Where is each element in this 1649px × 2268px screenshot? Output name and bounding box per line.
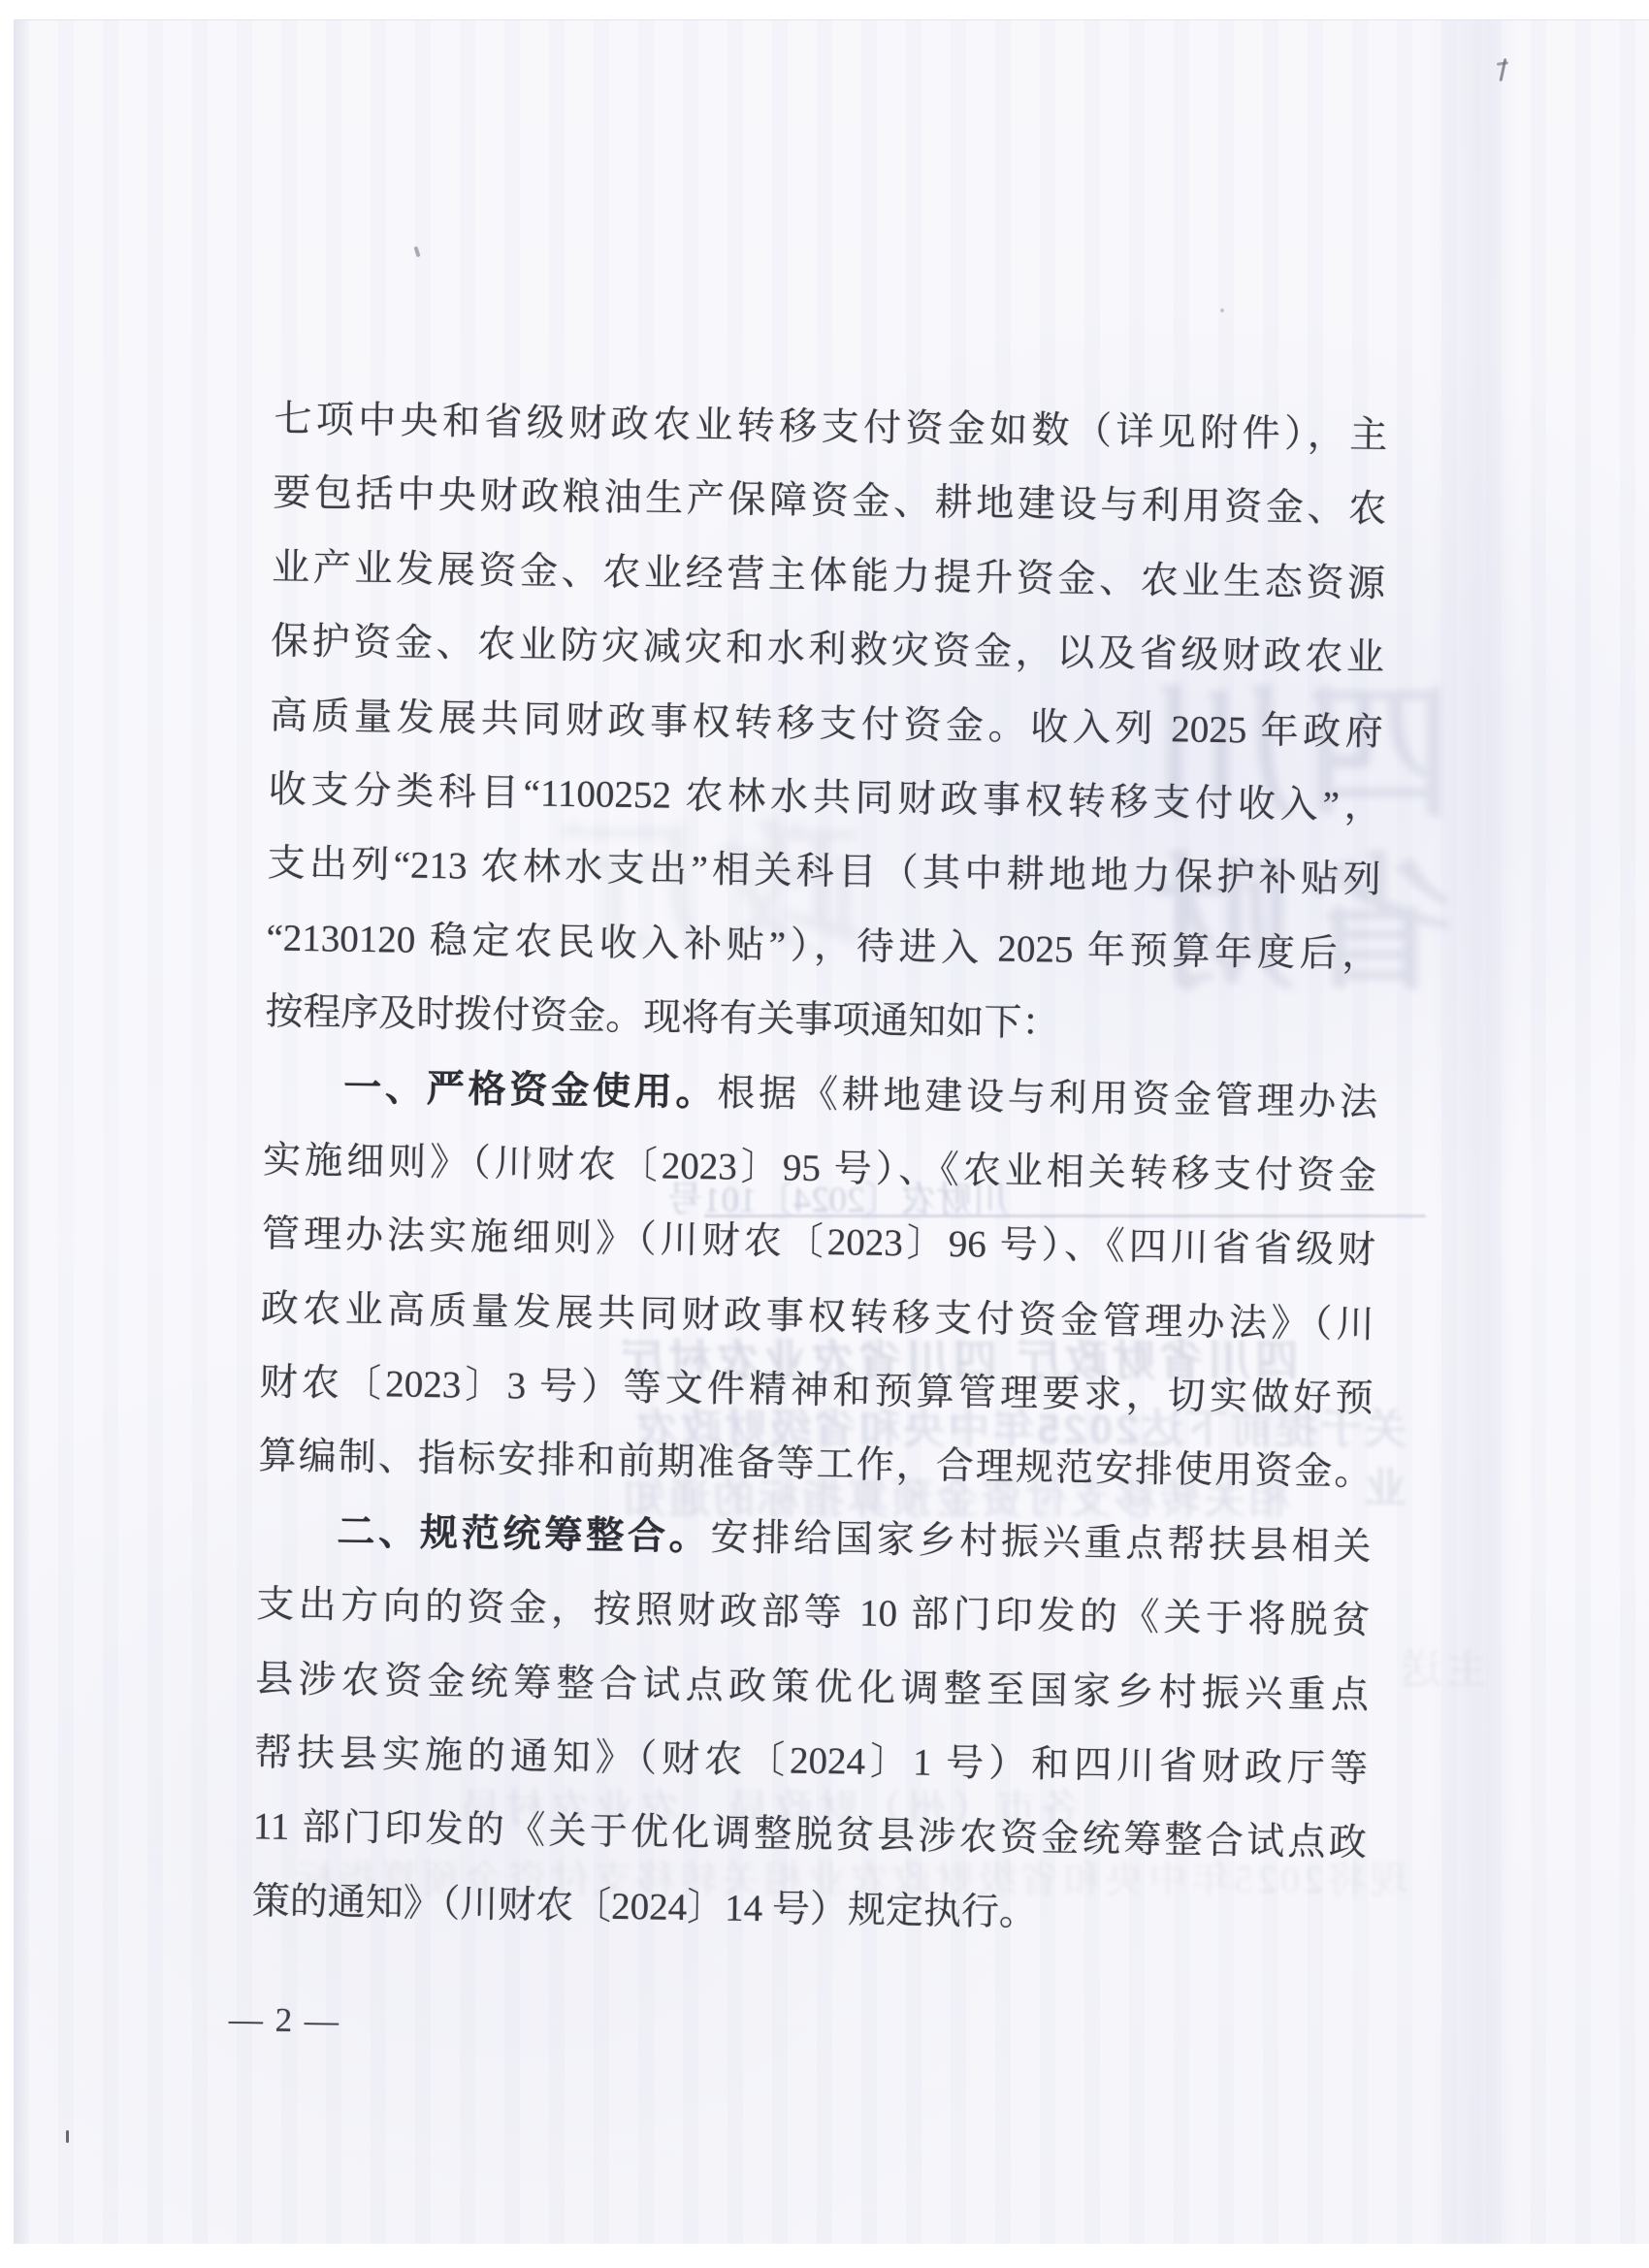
line-text: 管理办法实施细则》（川财农〔2023〕96 号）、《四川省省级财 — [262, 1214, 1376, 1272]
scan-speck — [66, 2130, 69, 2143]
line-text: 11 部门印发的《关于优化调整脱贫县涉农资金统筹整合试点政 — [253, 1806, 1368, 1864]
line-bold-lead: 一、严格资金使用。 — [343, 1066, 718, 1114]
line-text: 七项中央和省级财政农业转移支付资金如数（详见附件），主 — [274, 399, 1388, 457]
line-text: 算编制、指标安排和前期准备等工作，合理规范安排使用资金。 — [258, 1436, 1373, 1494]
line-text: 要包括中央财政粮油生产保障资金、耕地建设与利用资金、农 — [273, 472, 1387, 531]
scanned-document-page: 四川 省财 政厅 川财农〔2024〕101号 四川省财政厅 四川省农业农村厅 关… — [0, 0, 1649, 2268]
line-text: 支出方向的资金，按照财政部等 10 部门印发的《关于将脱贫 — [256, 1584, 1371, 1642]
line-text: 根据《耕地建设与利用资金管理办法 — [717, 1072, 1377, 1123]
line-text: 按程序及时拨付资金。现将有关事项通知如下： — [265, 991, 1060, 1045]
line-bold-lead: 二、规范统筹整合。 — [337, 1511, 711, 1559]
line-text: “2130120 稳定农民收入补贴”），待进入 2025 年预算年度后， — [266, 917, 1380, 975]
document-text-column: 七项中央和省级财政农业转移支付资金如数（详见附件），主 要包括中央财政粮油生产保… — [251, 383, 1388, 1956]
line-text: 财农〔2023〕3 号）等文件精神和预算管理要求，切实做好预 — [259, 1362, 1374, 1420]
line-text: 收支分类科目“1100252 农林水共同财政事权转移支付收入”， — [268, 768, 1382, 826]
line-text: 帮扶县实施的通知》（财农〔2024〕1 号）和四川省财政厅等 — [254, 1732, 1369, 1790]
line-text: 安排给国家乡村振兴重点帮扶县相关 — [710, 1516, 1371, 1568]
line-text: 实施细则》（川财农〔2023〕95 号）、《农业相关转移支付资金 — [263, 1139, 1377, 1197]
scan-speck — [1220, 308, 1224, 312]
line-text: 支出列“213 农林水支出”相关科目（其中耕地地力保护补贴列 — [267, 843, 1381, 901]
line-text: 策的通知》（川财农〔2024〕14 号）规定执行。 — [251, 1880, 1037, 1933]
line-text: 保护资金、农业防灾减灾和水利救灾资金，以及省级财政农业 — [271, 621, 1385, 679]
page-number: — 2 — — [229, 2000, 341, 2041]
line-text: 县涉农资金统筹整合试点政策优化调整至国家乡村振兴重点 — [255, 1658, 1370, 1716]
line-text: 业产业发展资金、农业经营主体能力提升资金、农业生态资源 — [272, 546, 1386, 604]
line-text: 高质量发展共同财政事权转移支付资金。收入列 2025 年政府 — [270, 695, 1384, 753]
line-text: 政农业高质量发展共同财政事权转移支付资金管理办法》（川 — [261, 1287, 1375, 1345]
paper-fold-shadow — [1430, 20, 1517, 2244]
